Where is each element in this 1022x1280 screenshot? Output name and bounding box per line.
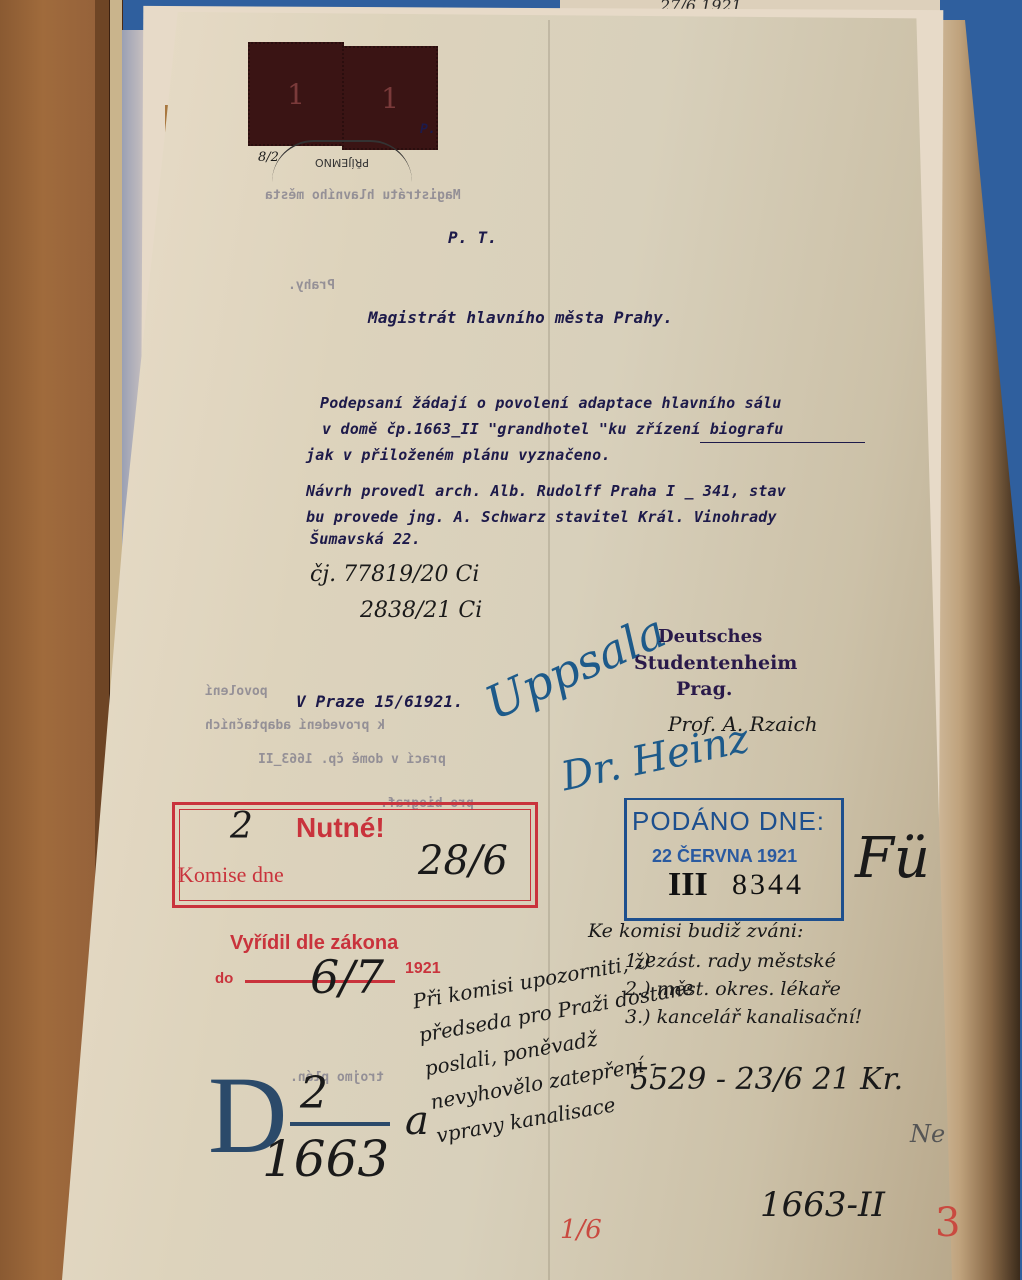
vyridil-stamp-prefix: do (215, 970, 233, 987)
house-reference: 1663-II (760, 1185, 885, 1225)
reversed-line-1: povolení (205, 684, 268, 699)
reference-number: 5529 - 23/6 21 Kr. (630, 1062, 903, 1097)
postmark-letter: P. (420, 122, 436, 137)
body-line-1: Podepsaní žádají o povolení adaptace hla… (320, 394, 782, 412)
red-page-number: 3 (935, 1200, 960, 1246)
body-line-5: bu provede jng. A. Schwarz stavitel Král… (306, 508, 777, 526)
file-mark-denominator: 1663 (262, 1130, 389, 1188)
file-mark-fraction-bar (290, 1122, 390, 1126)
revenue-stamp-value: 1 (287, 78, 305, 111)
handwritten-ref-1: čj. 77819/20 Ci (310, 562, 479, 587)
letterhead-signature: Prof. A. Rzaich (668, 712, 818, 736)
letterhead-line-1: Deutsches (658, 626, 762, 647)
place-date: V Praze 15/61921. (296, 692, 463, 711)
postmark-cancellation: PŘÍJEMNO (272, 140, 412, 182)
red-stamp-hand-date: 28/6 (418, 838, 508, 884)
blue-stamp-date: 22 ČERVNA 1921 (652, 846, 797, 867)
file-mark-suffix: a (405, 1098, 429, 1144)
revenue-stamp-1: 1 (248, 42, 344, 146)
salutation: P. T. (448, 228, 497, 247)
blue-stamp-title: PODÁNO DNE: (632, 806, 825, 837)
revenue-stamp-value: 1 (381, 82, 399, 115)
red-fraction: 1/6 (560, 1215, 602, 1245)
reference-suffix: Ne (910, 1120, 945, 1148)
handwritten-initials: Fü (855, 826, 930, 891)
reversed-header-offset: Magistrátu hlavního města (265, 188, 461, 203)
body-line-6: Šumavská 22. (310, 530, 421, 548)
vyridil-stamp-year: 1921 (405, 960, 441, 978)
blue-stamp-roman: III (668, 866, 708, 904)
red-stamp-label: Komise dne (178, 862, 284, 888)
letterhead-line-3: Prag. (676, 678, 733, 700)
blue-stamp-number: 8344 (732, 868, 804, 902)
reversed-line-2: k provedení adaptačních (205, 718, 385, 733)
handwritten-ref-2: 2838/21 Ci (360, 598, 482, 623)
reversed-line-3: prací v domě čp. 1663_II (258, 752, 446, 767)
body-line-2: v domě čp.1663_II "grandhotel "ku zřízen… (322, 420, 784, 438)
reversed-praha-offset: Prahy. (288, 278, 335, 293)
letterhead-line-2: Studentenheim (634, 652, 797, 674)
file-mark-numerator: 2 (300, 1068, 328, 1119)
red-stamp-hand-number: 2 (230, 806, 253, 847)
vyridil-hand-date: 6/7 (310, 950, 384, 1004)
postmark-fraction: 8/2 (258, 150, 279, 165)
underline-biografu (700, 442, 865, 443)
red-stamp-title: Nutné! (296, 812, 385, 844)
body-line-4: Návrh provedl arch. Alb. Rudolff Praha I… (306, 482, 786, 500)
body-line-3: jak v přiloženém plánu vyznačeno. (306, 446, 611, 464)
addressee: Magistrát hlavního města Prahy. (368, 308, 673, 327)
